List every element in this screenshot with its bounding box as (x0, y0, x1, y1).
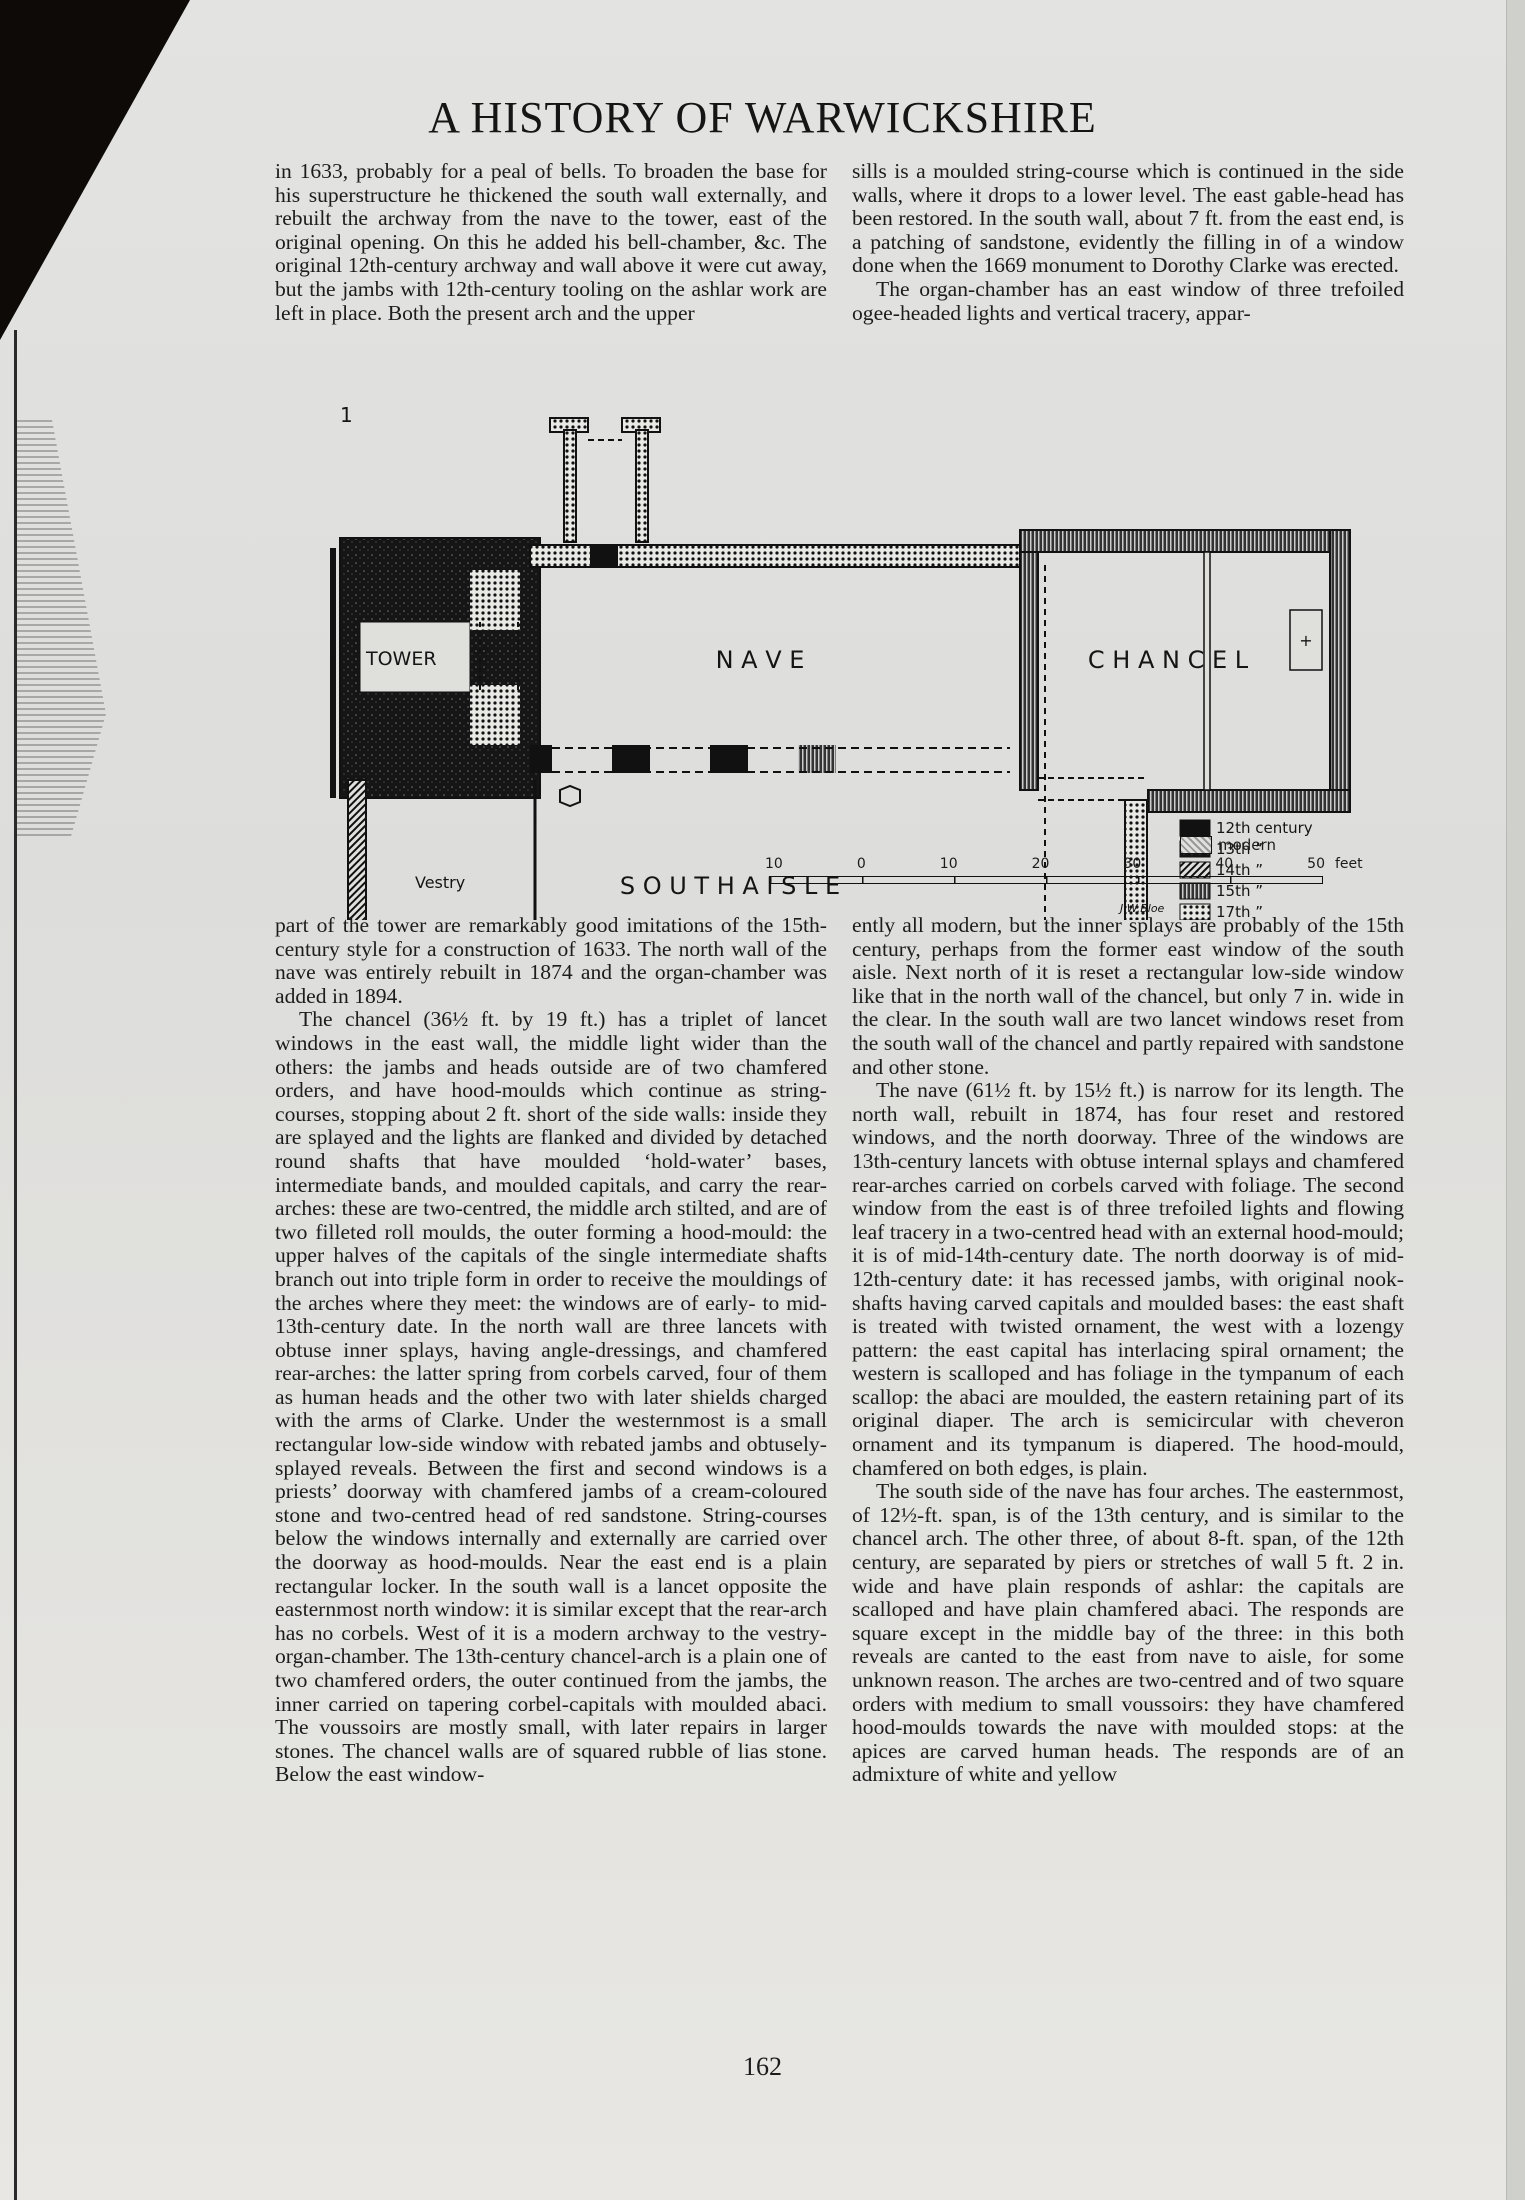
paragraph: The south side of the nave has four arch… (852, 1480, 1404, 1787)
paragraph: The nave (61½ ft. by 15½ ft.) is narrow … (852, 1079, 1404, 1480)
page-title: A HISTORY OF WARWICKSHIRE (0, 92, 1525, 143)
left-column-top: in 1633, probably for a peal of bells. T… (275, 160, 827, 325)
scale-bar: 10 0 10 20 30 40 50 feet (765, 856, 1325, 896)
paragraph: The organ-chamber has an east window of … (852, 278, 1404, 325)
legend-modern: modern (1180, 836, 1276, 854)
left-column-bottom: part of the tower are remarkably good im… (275, 914, 827, 2054)
scan-smudge (16, 420, 106, 840)
scan-corner-shadow (0, 0, 190, 340)
tower-label: TOWER (365, 648, 437, 670)
page-right-edge (1506, 0, 1525, 2200)
scale-bar-line (769, 876, 1323, 884)
legend-modern-label: modern (1218, 836, 1276, 854)
vestry-label: Vestry (415, 873, 465, 892)
south-aisle: Vestry S O U T H A I S L E (348, 780, 1148, 920)
scale-tick: 50 (1307, 856, 1325, 872)
right-column-bottom: ently all modern, but the inner splays a… (852, 914, 1404, 2054)
chancel-label: C H A N C E L (1088, 646, 1249, 674)
scale-tick: 10 (940, 856, 958, 872)
paragraph: sills is a moulded string-course which i… (852, 160, 1404, 278)
scale-tick: 0 (857, 856, 866, 872)
paragraph: The chancel (36½ ft. by 19 ft.) has a tr… (275, 1008, 827, 1787)
tower: TOWER (330, 538, 540, 798)
paragraph: ently all modern, but the inner splays a… (852, 914, 1404, 1079)
scale-tick: 10 (765, 856, 783, 872)
page-number: 162 (0, 2052, 1525, 2082)
nave: N A V E (530, 545, 1020, 773)
paragraph: part of the tower are remarkably good im… (275, 914, 827, 1008)
north-porch (550, 418, 660, 542)
scanned-page: A HISTORY OF WARWICKSHIRE in 1633, proba… (0, 0, 1525, 2200)
paragraph: in 1633, probably for a peal of bells. T… (275, 160, 827, 325)
right-column-top: sills is a moulded string-course which i… (852, 160, 1404, 325)
legend-12th: 12th century (1216, 819, 1313, 837)
modern-swatch (1180, 836, 1212, 854)
scale-tick: 30 (1123, 856, 1141, 872)
scale-tick: 20 (1032, 856, 1050, 872)
altar-cross: + (1299, 631, 1312, 650)
scale-tick: 40 (1215, 856, 1233, 872)
figure-marker: 1 (340, 403, 353, 427)
scale-unit: feet (1335, 856, 1363, 872)
nave-label: N A V E (716, 646, 805, 674)
